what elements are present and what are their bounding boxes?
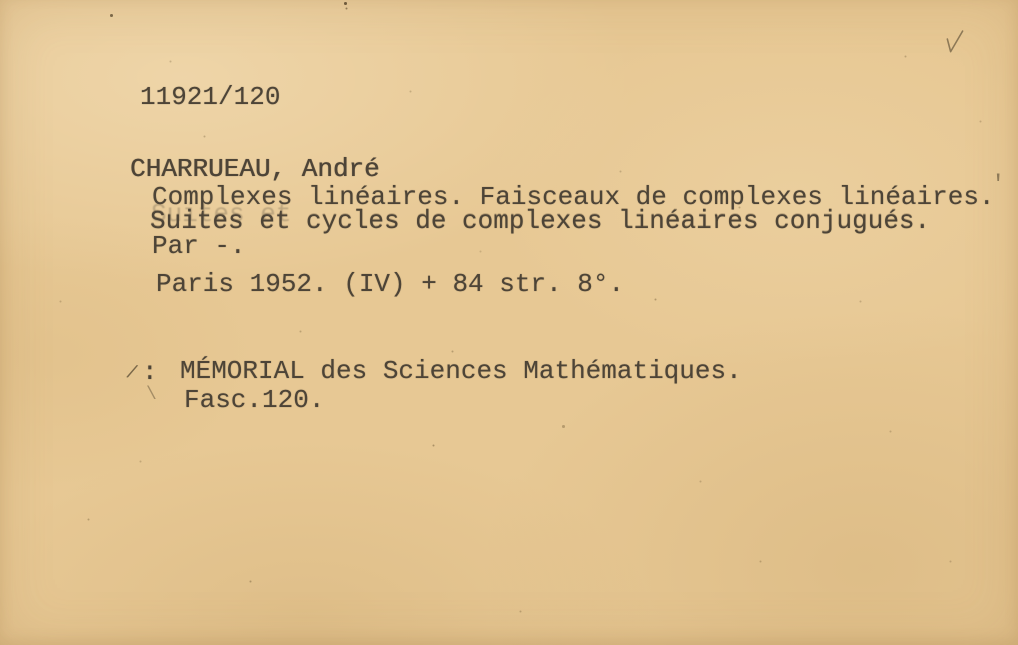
title-line-3: Par -. bbox=[152, 233, 246, 259]
pencil-checkmark-icon bbox=[941, 26, 967, 63]
pencil-backslash-mark: \ bbox=[146, 386, 157, 404]
paper-specks bbox=[0, 0, 1, 1]
pencil-slash-mark: / bbox=[124, 363, 139, 384]
call-number: 11921/120 bbox=[140, 84, 280, 110]
title-line-2: Suites et cycles de complexes linéaires … bbox=[150, 208, 930, 234]
author-heading: CHARRUEAU, André bbox=[130, 156, 380, 182]
stray-apostrophe-mark: ' bbox=[991, 174, 1005, 198]
catalog-card: 11921/120 CHARRUEAU, André Complexes lin… bbox=[0, 0, 1018, 645]
series-line-1: MÉMORIAL des Sciences Mathématiques. bbox=[180, 358, 742, 384]
series-line-2: Fasc.120. bbox=[184, 387, 324, 413]
imprint-line: Paris 1952. (IV) + 84 str. 8°. bbox=[156, 271, 624, 297]
series-separator-colon: : bbox=[142, 359, 158, 385]
